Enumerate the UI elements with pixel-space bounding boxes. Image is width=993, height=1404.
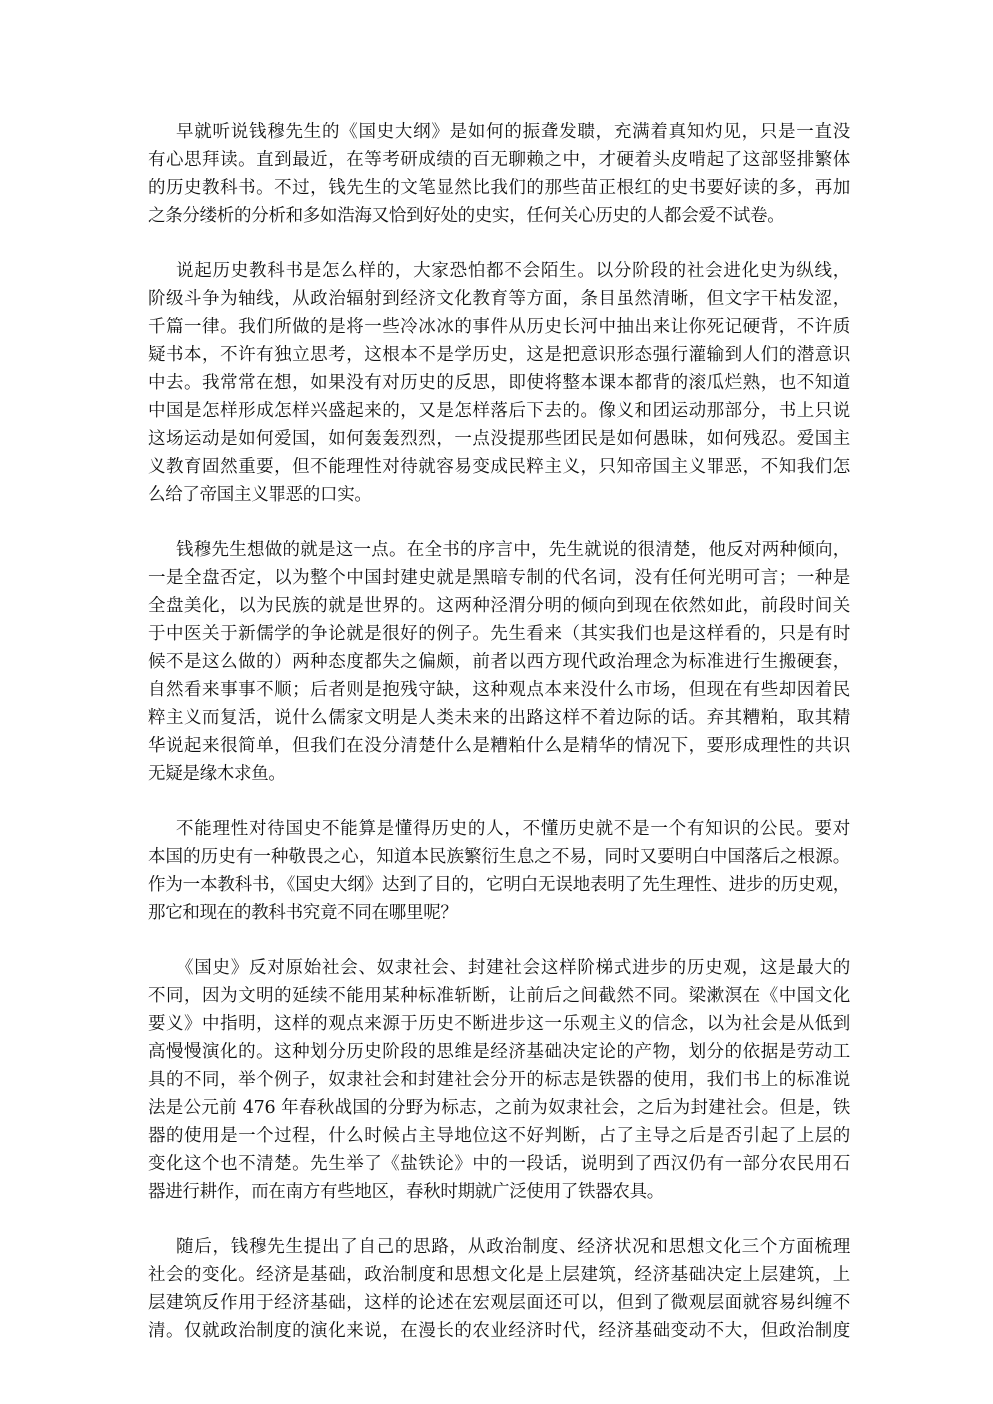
text-line: 候不是这么做的）两种态度都失之偏颇，前者以西方现代政治理念为标准进行生搬硬套， [148, 648, 850, 676]
text-line: 清。仅就政治制度的演化来说，在漫长的农业经济时代，经济基础变动不大，但政治制度 [148, 1317, 850, 1345]
text-line: 这场运动是如何爱国，如何轰轰烈烈，一点没提那些团民是如何愚昧，如何残忍。爱国主 [148, 425, 850, 453]
text-line: 早就听说钱穆先生的《国史大纲》是如何的振聋发聩，充满着真知灼见，只是一直没 [148, 118, 850, 146]
text-line: 具的不同，举个例子，奴隶社会和封建社会分开的标志是铁器的使用，我们书上的标准说 [148, 1066, 850, 1094]
text-line: 钱穆先生想做的就是这一点。在全书的序言中，先生就说的很清楚，他反对两种倾向， [148, 536, 850, 564]
text-line: 么给了帝国主义罪恶的口实。 [148, 481, 850, 509]
paragraph-3: 钱穆先生想做的就是这一点。在全书的序言中，先生就说的很清楚，他反对两种倾向， 一… [148, 536, 850, 788]
text-line: 一是全盘否定，以为整个中国封建史就是黑暗专制的代名词，没有任何光明可言；一种是 [148, 564, 850, 592]
text-line: 粹主义而复活，说什么儒家文明是人类未来的出路这样不着边际的话。弃其糟粕，取其精 [148, 704, 850, 732]
text-line: 要义》中指明，这样的观点来源于历史不断进步这一乐观主义的信念，以为社会是从低到 [148, 1010, 850, 1038]
text-line: 的历史教科书。不过，钱先生的文笔显然比我们的那些苗正根红的史书要好读的多，再加 [148, 174, 850, 202]
text-line: 不同，因为文明的延续不能用某种标准斩断，让前后之间截然不同。梁漱溟在《中国文化 [148, 982, 850, 1010]
paragraph-4: 不能理性对待国史不能算是懂得历史的人，不懂历史就不是一个有知识的公民。要对 本国… [148, 815, 850, 927]
text-line: 有心思拜读。直到最近，在等考研成绩的百无聊赖之中，才硬着头皮啃起了这部竖排繁体 [148, 146, 850, 174]
text-line: 全盘美化，以为民族的就是世界的。这两种泾渭分明的倾向到现在依然如此，前段时间关 [148, 592, 850, 620]
text-line: 中国是怎样形成怎样兴盛起来的，又是怎样落后下去的。像义和团运动那部分，书上只说 [148, 397, 850, 425]
text-line: 不能理性对待国史不能算是懂得历史的人，不懂历史就不是一个有知识的公民。要对 [148, 815, 850, 843]
paragraph-1: 早就听说钱穆先生的《国史大纲》是如何的振聋发聩，充满着真知灼见，只是一直没 有心… [148, 118, 850, 230]
paragraph-5: 《国史》反对原始社会、奴隶社会、封建社会这样阶梯式进步的历史观，这是最大的 不同… [148, 954, 850, 1206]
text-line: 于中医关于新儒学的争论就是很好的例子。先生看来（其实我们也是这样看的，只是有时 [148, 620, 850, 648]
text-line: 社会的变化。经济是基础，政治制度和思想文化是上层建筑，经济基础决定上层建筑，上 [148, 1261, 850, 1289]
text-line: 那它和现在的教科书究竟不同在哪里呢？ [148, 899, 850, 927]
text-line: 无疑是缘木求鱼。 [148, 760, 850, 788]
text-line: 《国史》反对原始社会、奴隶社会、封建社会这样阶梯式进步的历史观，这是最大的 [148, 954, 850, 982]
text-line: 变化这个也不清楚。先生举了《盐铁论》中的一段话，说明到了西汉仍有一部分农民用石 [148, 1150, 850, 1178]
text-line: 阶级斗争为轴线，从政治辐射到经济文化教育等方面，条目虽然清晰，但文字干枯发涩， [148, 285, 850, 313]
text-line: 中去。我常常在想，如果没有对历史的反思，即使将整本课本都背的滚瓜烂熟，也不知道 [148, 369, 850, 397]
text-line: 本国的历史有一种敬畏之心，知道本民族繁衍生息之不易，同时又要明白中国落后之根源。 [148, 843, 850, 871]
text-line: 高慢慢演化的。这种划分历史阶段的思维是经济基础决定论的产物，划分的依据是劳动工 [148, 1038, 850, 1066]
paragraph-6: 随后，钱穆先生提出了自己的思路，从政治制度、经济状况和思想文化三个方面梳理 社会… [148, 1233, 850, 1345]
text-line: 自然看来事事不顺；后者则是抱残守缺，这种观点本来没什么市场，但现在有些却因着民 [148, 676, 850, 704]
text-line: 疑书本，不许有独立思考，这根本不是学历史，这是把意识形态强行灌输到人们的潜意识 [148, 341, 850, 369]
text-line: 法是公元前 476 年春秋战国的分野为标志，之前为奴隶社会，之后为封建社会。但是… [148, 1094, 850, 1122]
text-line: 层建筑反作用于经济基础，这样的论述在宏观层面还可以，但到了微观层面就容易纠缠不 [148, 1289, 850, 1317]
text-line: 之条分缕析的分析和多如浩海又恰到好处的史实，任何关心历史的人都会爱不试卷。 [148, 202, 850, 230]
paragraph-2: 说起历史教科书是怎么样的，大家恐怕都不会陌生。以分阶段的社会进化史为纵线， 阶级… [148, 257, 850, 509]
text-line: 随后，钱穆先生提出了自己的思路，从政治制度、经济状况和思想文化三个方面梳理 [148, 1233, 850, 1261]
text-line: 华说起来很简单，但我们在没分清楚什么是糟粕什么是精华的情况下，要形成理性的共识 [148, 732, 850, 760]
text-line: 作为一本教科书，《国史大纲》达到了目的，它明白无误地表明了先生理性、进步的历史观… [148, 871, 850, 899]
text-line: 千篇一律。我们所做的是将一些冷冰冰的事件从历史长河中抽出来让你死记硬背，不许质 [148, 313, 850, 341]
text-line: 义教育固然重要，但不能理性对待就容易变成民粹主义，只知帝国主义罪恶，不知我们怎 [148, 453, 850, 481]
document-page: 早就听说钱穆先生的《国史大纲》是如何的振聋发聩，充满着真知灼见，只是一直没 有心… [148, 118, 850, 1372]
text-line: 说起历史教科书是怎么样的，大家恐怕都不会陌生。以分阶段的社会进化史为纵线， [148, 257, 850, 285]
text-line: 器进行耕作，而在南方有些地区，春秋时期就广泛使用了铁器农具。 [148, 1178, 850, 1206]
text-line: 器的使用是一个过程，什么时候占主导地位这不好判断，占了主导之后是否引起了上层的 [148, 1122, 850, 1150]
